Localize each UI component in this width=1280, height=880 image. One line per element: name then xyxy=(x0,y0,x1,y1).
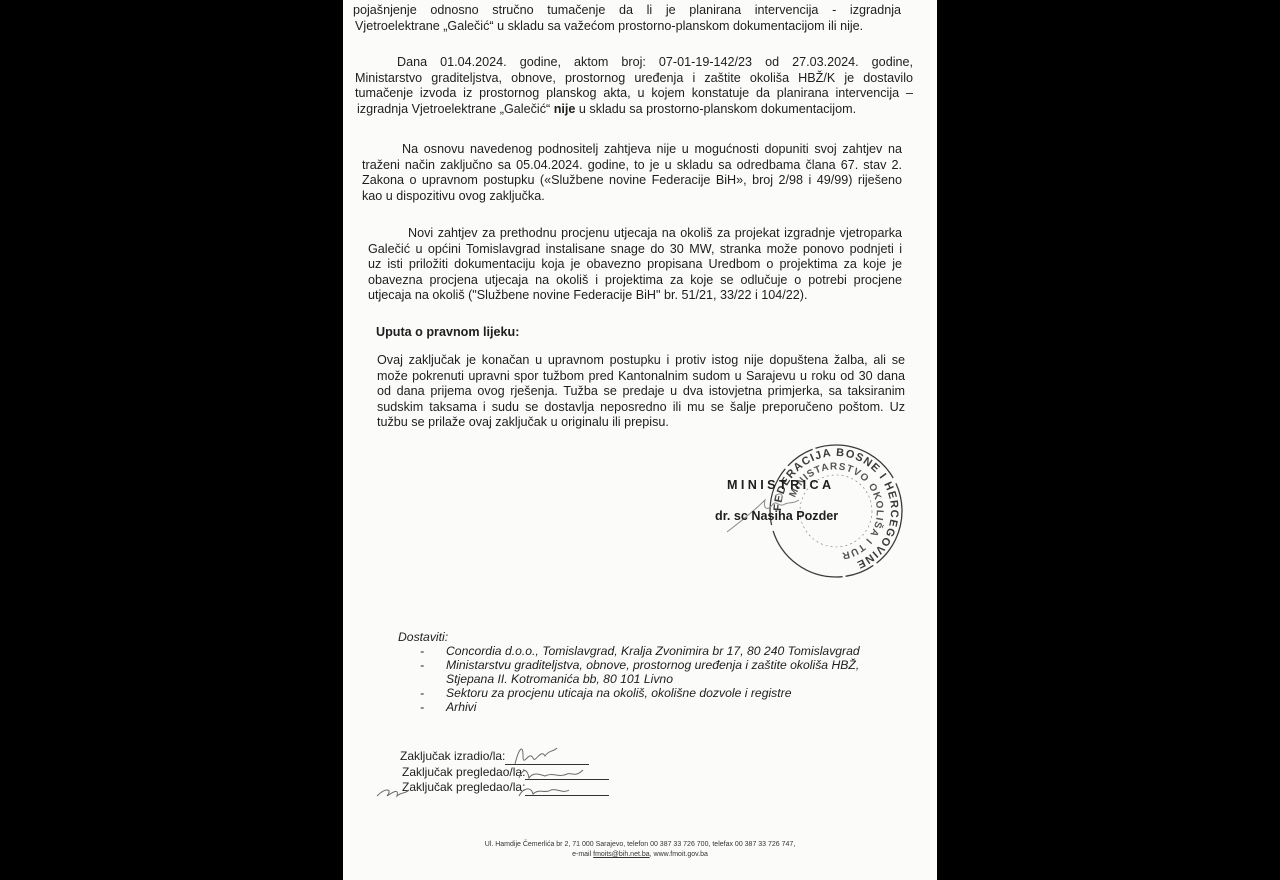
delivery-list: Dostaviti: Concordia d.o.o., Tomislavgra… xyxy=(398,630,860,714)
delivery-item: Ministarstvu graditeljstva, obnove, pros… xyxy=(420,658,860,672)
text-line: obavezna procjena utjecaja na okoliš i p… xyxy=(368,273,902,289)
text-line: Na osnovu navedenog podnositelj zahtjeva… xyxy=(362,142,902,158)
text-line: Dana 01.04.2024. godine, aktom broj: 07-… xyxy=(355,55,913,71)
delivery-item: Sektoru za procjenu uticaja na okoliš, o… xyxy=(420,686,860,700)
document-page: pojašnjenje odnosno stručno tumačenje da… xyxy=(343,0,937,880)
delivery-item: Arhivi xyxy=(420,700,860,714)
delivery-item-continued: Stjepana II. Kotromanića bb, 80 101 Livn… xyxy=(420,672,860,686)
signatory-name: dr. sc Nasiha Pozder xyxy=(715,509,838,523)
paragraph-new-request: Novi zahtjev za prethodnu procjenu utjec… xyxy=(368,226,902,304)
text-line: može pokrenuti upravni spor tužbom pred … xyxy=(377,369,905,385)
footer-contact: e-mail fmoits@bih.net.ba, www.fmoit.gov.… xyxy=(343,850,937,860)
text-line: Zakona o upravnom postupku («Službene no… xyxy=(362,173,902,189)
text-line: tužbu se prilaže ovaj zaključak u origin… xyxy=(377,415,905,431)
text-line: kao u dispozitivu ovog zaključka. xyxy=(362,189,902,205)
footer-website[interactable]: , www.fmoit.gov.ba xyxy=(650,851,708,858)
initials-scribbles xyxy=(373,738,633,804)
text-line: od dana prijema ovog rješenja. Tužba se … xyxy=(377,384,905,400)
text-line: sudskim taksama i sudu se dostavlja nepo… xyxy=(377,400,905,416)
text-line: pojašnjenje odnosno stručno tumačenje da… xyxy=(353,3,901,19)
delivery-item: Concordia d.o.o., Tomislavgrad, Kralja Z… xyxy=(420,644,860,658)
text-line: Ovaj zaključak je konačan u upravnom pos… xyxy=(377,353,905,369)
text-line: uz isti priložiti dokumentaciju koja je … xyxy=(368,257,902,273)
text-line: Novi zahtjev za prethodnu procjenu utjec… xyxy=(368,226,902,242)
text-line: izgradnja Vjetroelektrane „Galečić“ nije… xyxy=(357,102,915,118)
text-line: traženi način zaključno sa 05.04.2024. g… xyxy=(362,158,902,174)
paragraph-act-notice: Dana 01.04.2024. godine, aktom broj: 07-… xyxy=(355,55,913,117)
emphasis-nije: nije xyxy=(554,102,576,116)
text-span: izgradnja Vjetroelektrane „Galečić“ xyxy=(357,102,554,116)
text-line: utjecaja na okoliš ("Službene novine Fed… xyxy=(368,288,902,304)
delivery-heading: Dostaviti: xyxy=(398,630,860,644)
text-line: Galečić u općini Tomislavgrad instalisan… xyxy=(368,242,902,258)
footer-email-label: e-mail xyxy=(572,851,593,858)
intro-paragraph: pojašnjenje odnosno stručno tumačenje da… xyxy=(353,3,901,34)
letterhead-footer: Ul. Hamdije Čemerlića br 2, 71 000 Saraj… xyxy=(343,840,937,860)
signatory-name-block: dr. sc Nasiha Pozder xyxy=(715,509,838,523)
text-line: Vjetroelektrane „Galečić“ u skladu sa va… xyxy=(355,19,903,35)
footer-address: Ul. Hamdije Čemerlića br 2, 71 000 Saraj… xyxy=(343,840,937,850)
footer-email-link[interactable]: fmoits@bih.net.ba xyxy=(593,851,650,858)
legal-remedy-heading: Uputa o pravnom lijeku: xyxy=(376,325,519,339)
paragraph-conclusion-basis: Na osnovu navedenog podnositelj zahtjeva… xyxy=(362,142,902,204)
text-line: Ministarstvo graditeljstva, obnove, pros… xyxy=(355,71,913,87)
text-line: tumačenje izvoda iz prostornog planskog … xyxy=(355,86,913,102)
paragraph-legal-remedy: Ovaj zaključak je konačan u upravnom pos… xyxy=(377,353,905,431)
text-span: u skladu sa prostorno-planskom dokumenta… xyxy=(575,102,856,116)
